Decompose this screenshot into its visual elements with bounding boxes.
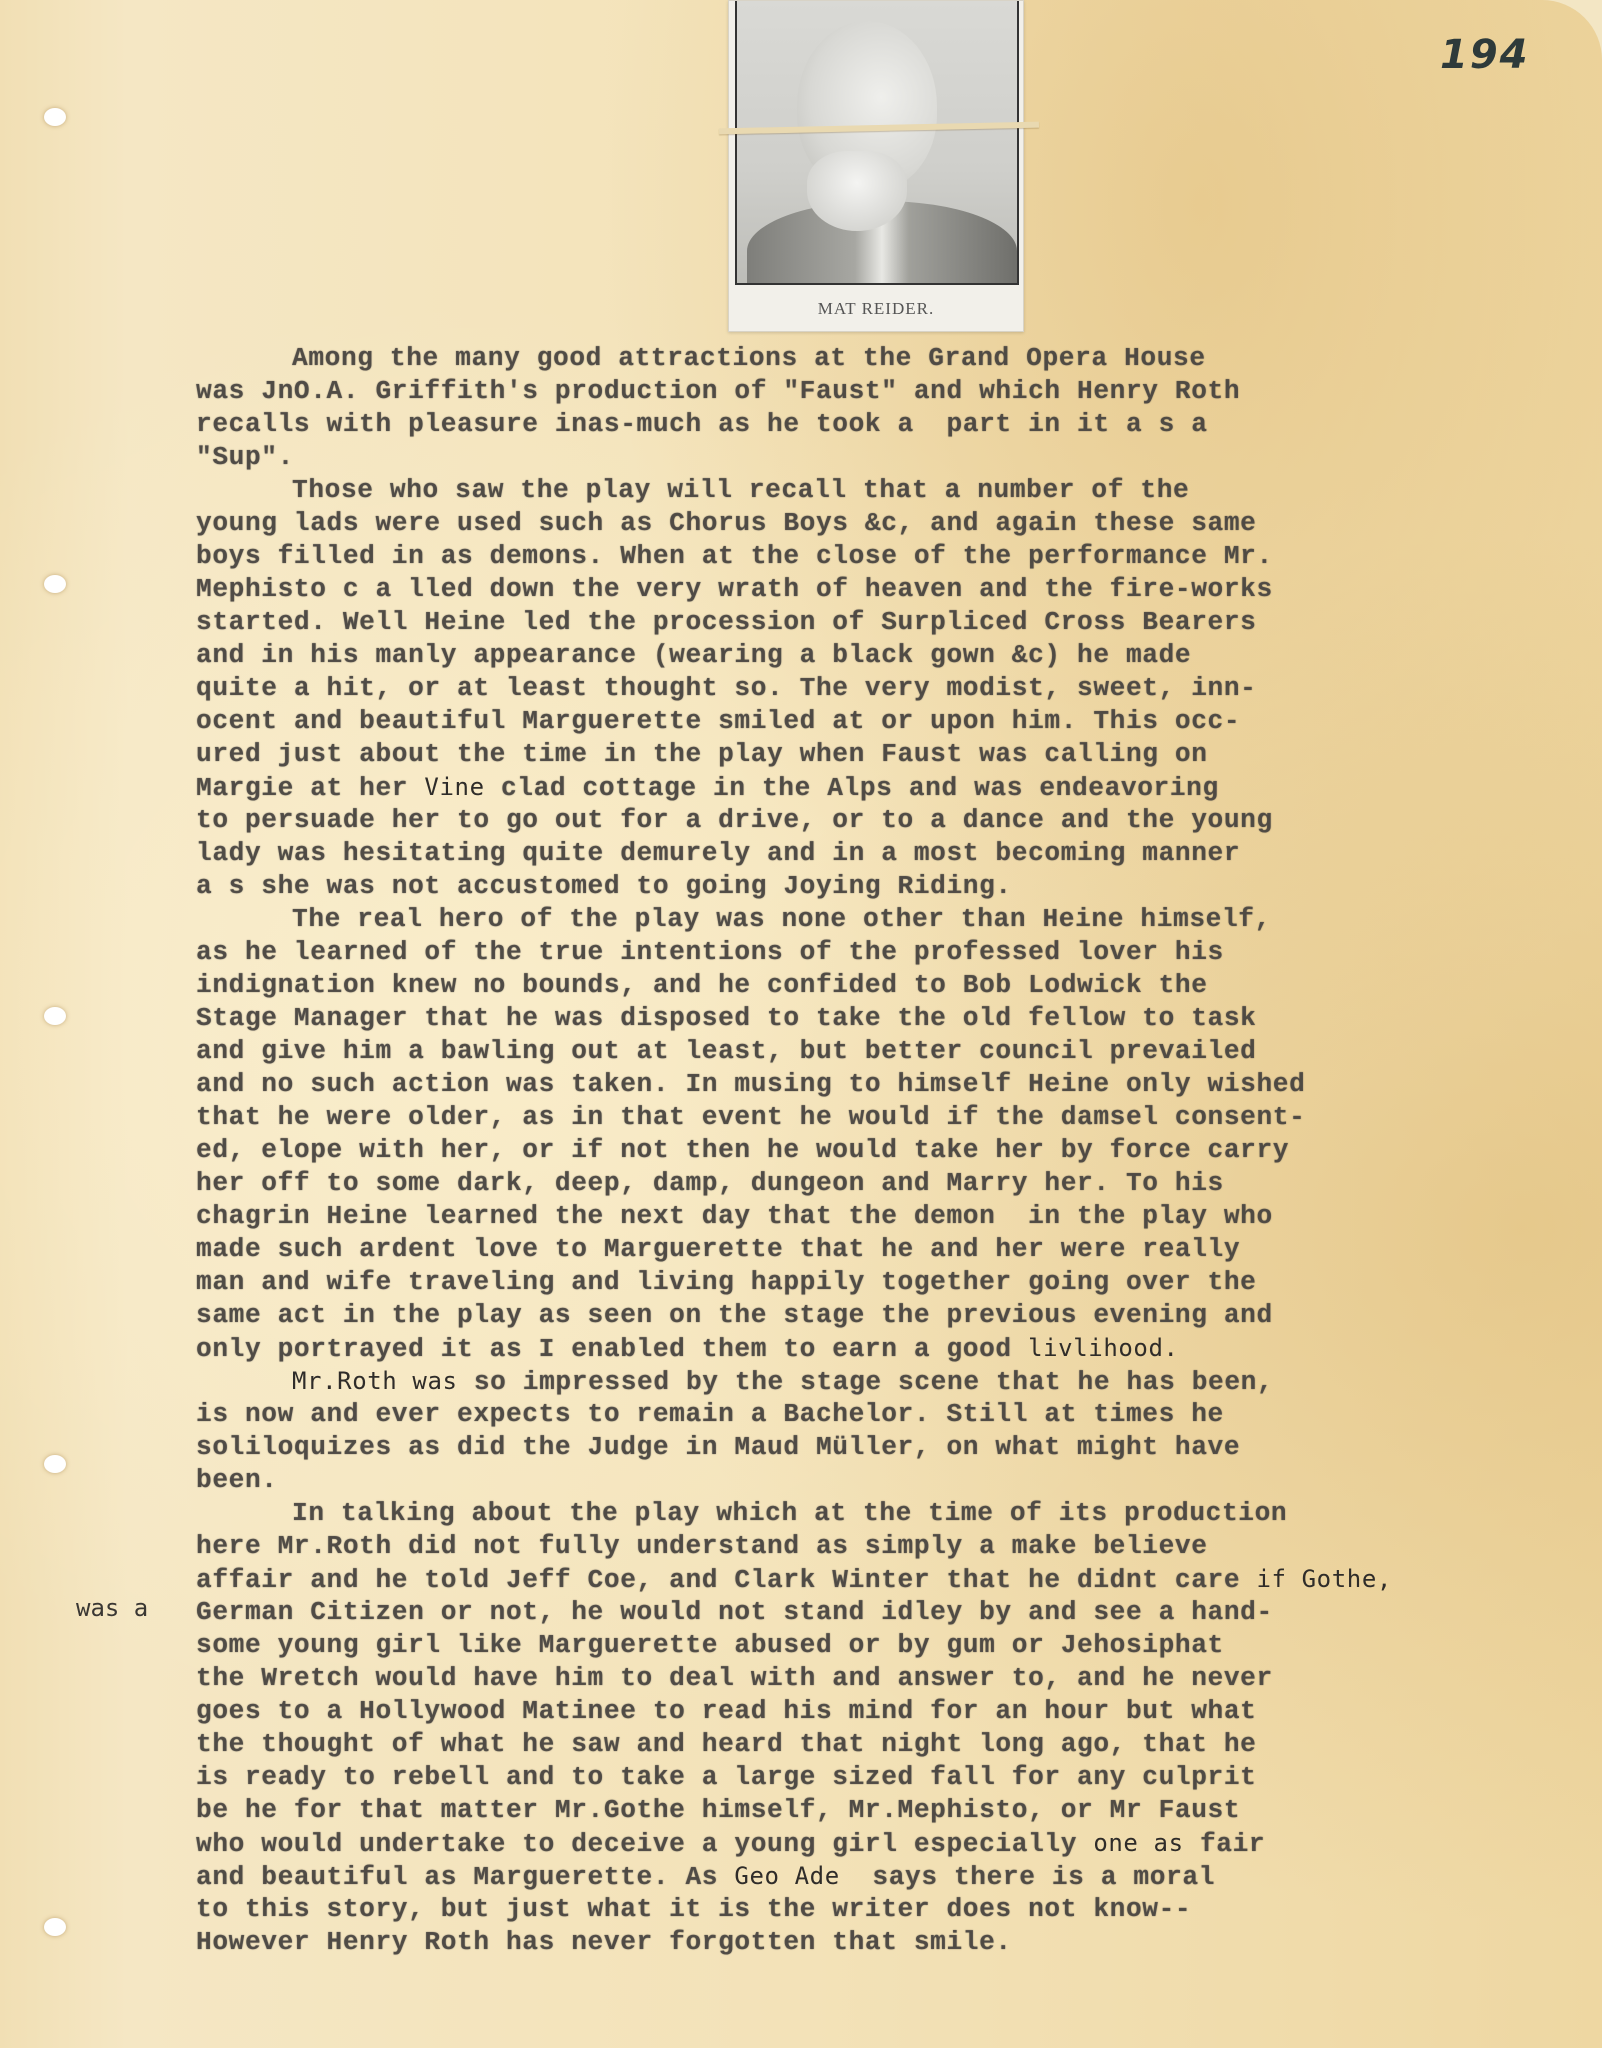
text-line: the Wretch would have him to deal with a… bbox=[196, 1662, 1516, 1695]
text-line: chagrin Heine learned the next day that … bbox=[196, 1200, 1516, 1233]
retyped-insert: Geo Ade bbox=[734, 1862, 839, 1890]
text-line: who would undertake to deceive a young g… bbox=[196, 1827, 1516, 1860]
text-line: Mephisto c a lled down the very wrath of… bbox=[196, 573, 1516, 606]
retyped-insert: livlihood. bbox=[1028, 1334, 1179, 1362]
text-line: was JnO.A. Griffith's production of "Fau… bbox=[196, 375, 1516, 408]
retyped-insert: Vine bbox=[424, 773, 484, 801]
portrait-image bbox=[735, 1, 1019, 285]
text-line: is now and ever expects to remain a Bach… bbox=[196, 1398, 1516, 1431]
retyped-insert: one as bbox=[1093, 1829, 1183, 1857]
text-line: is ready to rebell and to take a large s… bbox=[196, 1761, 1516, 1794]
text-line: as he learned of the true intentions of … bbox=[196, 936, 1516, 969]
text-line: quite a hit, or at least thought so. The… bbox=[196, 672, 1516, 705]
text-line: Among the many good attractions at the G… bbox=[196, 342, 1516, 375]
text-line: boys filled in as demons. When at the cl… bbox=[196, 540, 1516, 573]
text-line: the thought of what he saw and heard tha… bbox=[196, 1728, 1516, 1761]
text-line: same act in the play as seen on the stag… bbox=[196, 1299, 1516, 1332]
punch-hole bbox=[44, 108, 66, 126]
text-line: "Sup". bbox=[196, 441, 1516, 474]
text-line: ured just about the time in the play whe… bbox=[196, 738, 1516, 771]
text-line: here Mr.Roth did not fully understand as… bbox=[196, 1530, 1516, 1563]
text-line: The real hero of the play was none other… bbox=[196, 903, 1516, 936]
document-page: 194 MAT REIDER. was a Among the many goo… bbox=[0, 0, 1602, 2048]
text-line: Stage Manager that he was disposed to ta… bbox=[196, 1002, 1516, 1035]
newspaper-portrait-clipping: MAT REIDER. bbox=[728, 0, 1024, 332]
photo-caption: MAT REIDER. bbox=[729, 299, 1023, 319]
punch-hole bbox=[44, 1007, 66, 1025]
punch-hole bbox=[44, 1455, 66, 1473]
text-line: to this story, but just what it is the w… bbox=[196, 1893, 1516, 1926]
punch-hole bbox=[44, 575, 66, 593]
text-line: Mr.Roth was so impressed by the stage sc… bbox=[196, 1365, 1516, 1398]
text-line: that he were older, as in that event he … bbox=[196, 1101, 1516, 1134]
text-line: and no such action was taken. In musing … bbox=[196, 1068, 1516, 1101]
text-line: lady was hesitating quite demurely and i… bbox=[196, 837, 1516, 870]
text-line: ed, elope with her, or if not then he wo… bbox=[196, 1134, 1516, 1167]
text-line: and beautiful as Marguerette. As Geo Ade… bbox=[196, 1860, 1516, 1893]
text-line: man and wife traveling and living happil… bbox=[196, 1266, 1516, 1299]
text-line: young lads were used such as Chorus Boys… bbox=[196, 507, 1516, 540]
text-line: German Citizen or not, he would not stan… bbox=[196, 1596, 1516, 1629]
text-line: indignation knew no bounds, and he confi… bbox=[196, 969, 1516, 1002]
portrait-beard bbox=[807, 151, 907, 231]
retyped-insert: if Gothe, bbox=[1256, 1565, 1391, 1593]
text-line: and in his manly appearance (wearing a b… bbox=[196, 639, 1516, 672]
text-line: However Henry Roth has never forgotten t… bbox=[196, 1926, 1516, 1959]
handwritten-page-number: 194 bbox=[1440, 32, 1530, 78]
text-line: been. bbox=[196, 1464, 1516, 1497]
text-line: started. Well Heine led the procession o… bbox=[196, 606, 1516, 639]
punch-hole bbox=[44, 1918, 66, 1936]
text-line: goes to a Hollywood Matinee to read his … bbox=[196, 1695, 1516, 1728]
text-line: soliloquizes as did the Judge in Maud Mü… bbox=[196, 1431, 1516, 1464]
text-line: Margie at her Vine clad cottage in the A… bbox=[196, 771, 1516, 804]
text-line: a s she was not accustomed to going Joyi… bbox=[196, 870, 1516, 903]
text-line: made such ardent love to Marguerette tha… bbox=[196, 1233, 1516, 1266]
typewritten-body: Among the many good attractions at the G… bbox=[196, 342, 1516, 1959]
text-line: only portrayed it as I enabled them to e… bbox=[196, 1332, 1516, 1365]
retyped-insert: Mr.Roth was bbox=[292, 1367, 458, 1395]
text-line: some young girl like Marguerette abused … bbox=[196, 1629, 1516, 1662]
text-line: affair and he told Jeff Coe, and Clark W… bbox=[196, 1563, 1516, 1596]
margin-insertion-note: was a bbox=[76, 1594, 148, 1622]
text-line: her off to some dark, deep, damp, dungeo… bbox=[196, 1167, 1516, 1200]
text-line: In talking about the play which at the t… bbox=[196, 1497, 1516, 1530]
text-line: and give him a bawling out at least, but… bbox=[196, 1035, 1516, 1068]
text-line: recalls with pleasure inas-much as he to… bbox=[196, 408, 1516, 441]
text-line: ocent and beautiful Marguerette smiled a… bbox=[196, 705, 1516, 738]
text-line: Those who saw the play will recall that … bbox=[196, 474, 1516, 507]
text-line: be he for that matter Mr.Gothe himself, … bbox=[196, 1794, 1516, 1827]
text-line: to persuade her to go out for a drive, o… bbox=[196, 804, 1516, 837]
